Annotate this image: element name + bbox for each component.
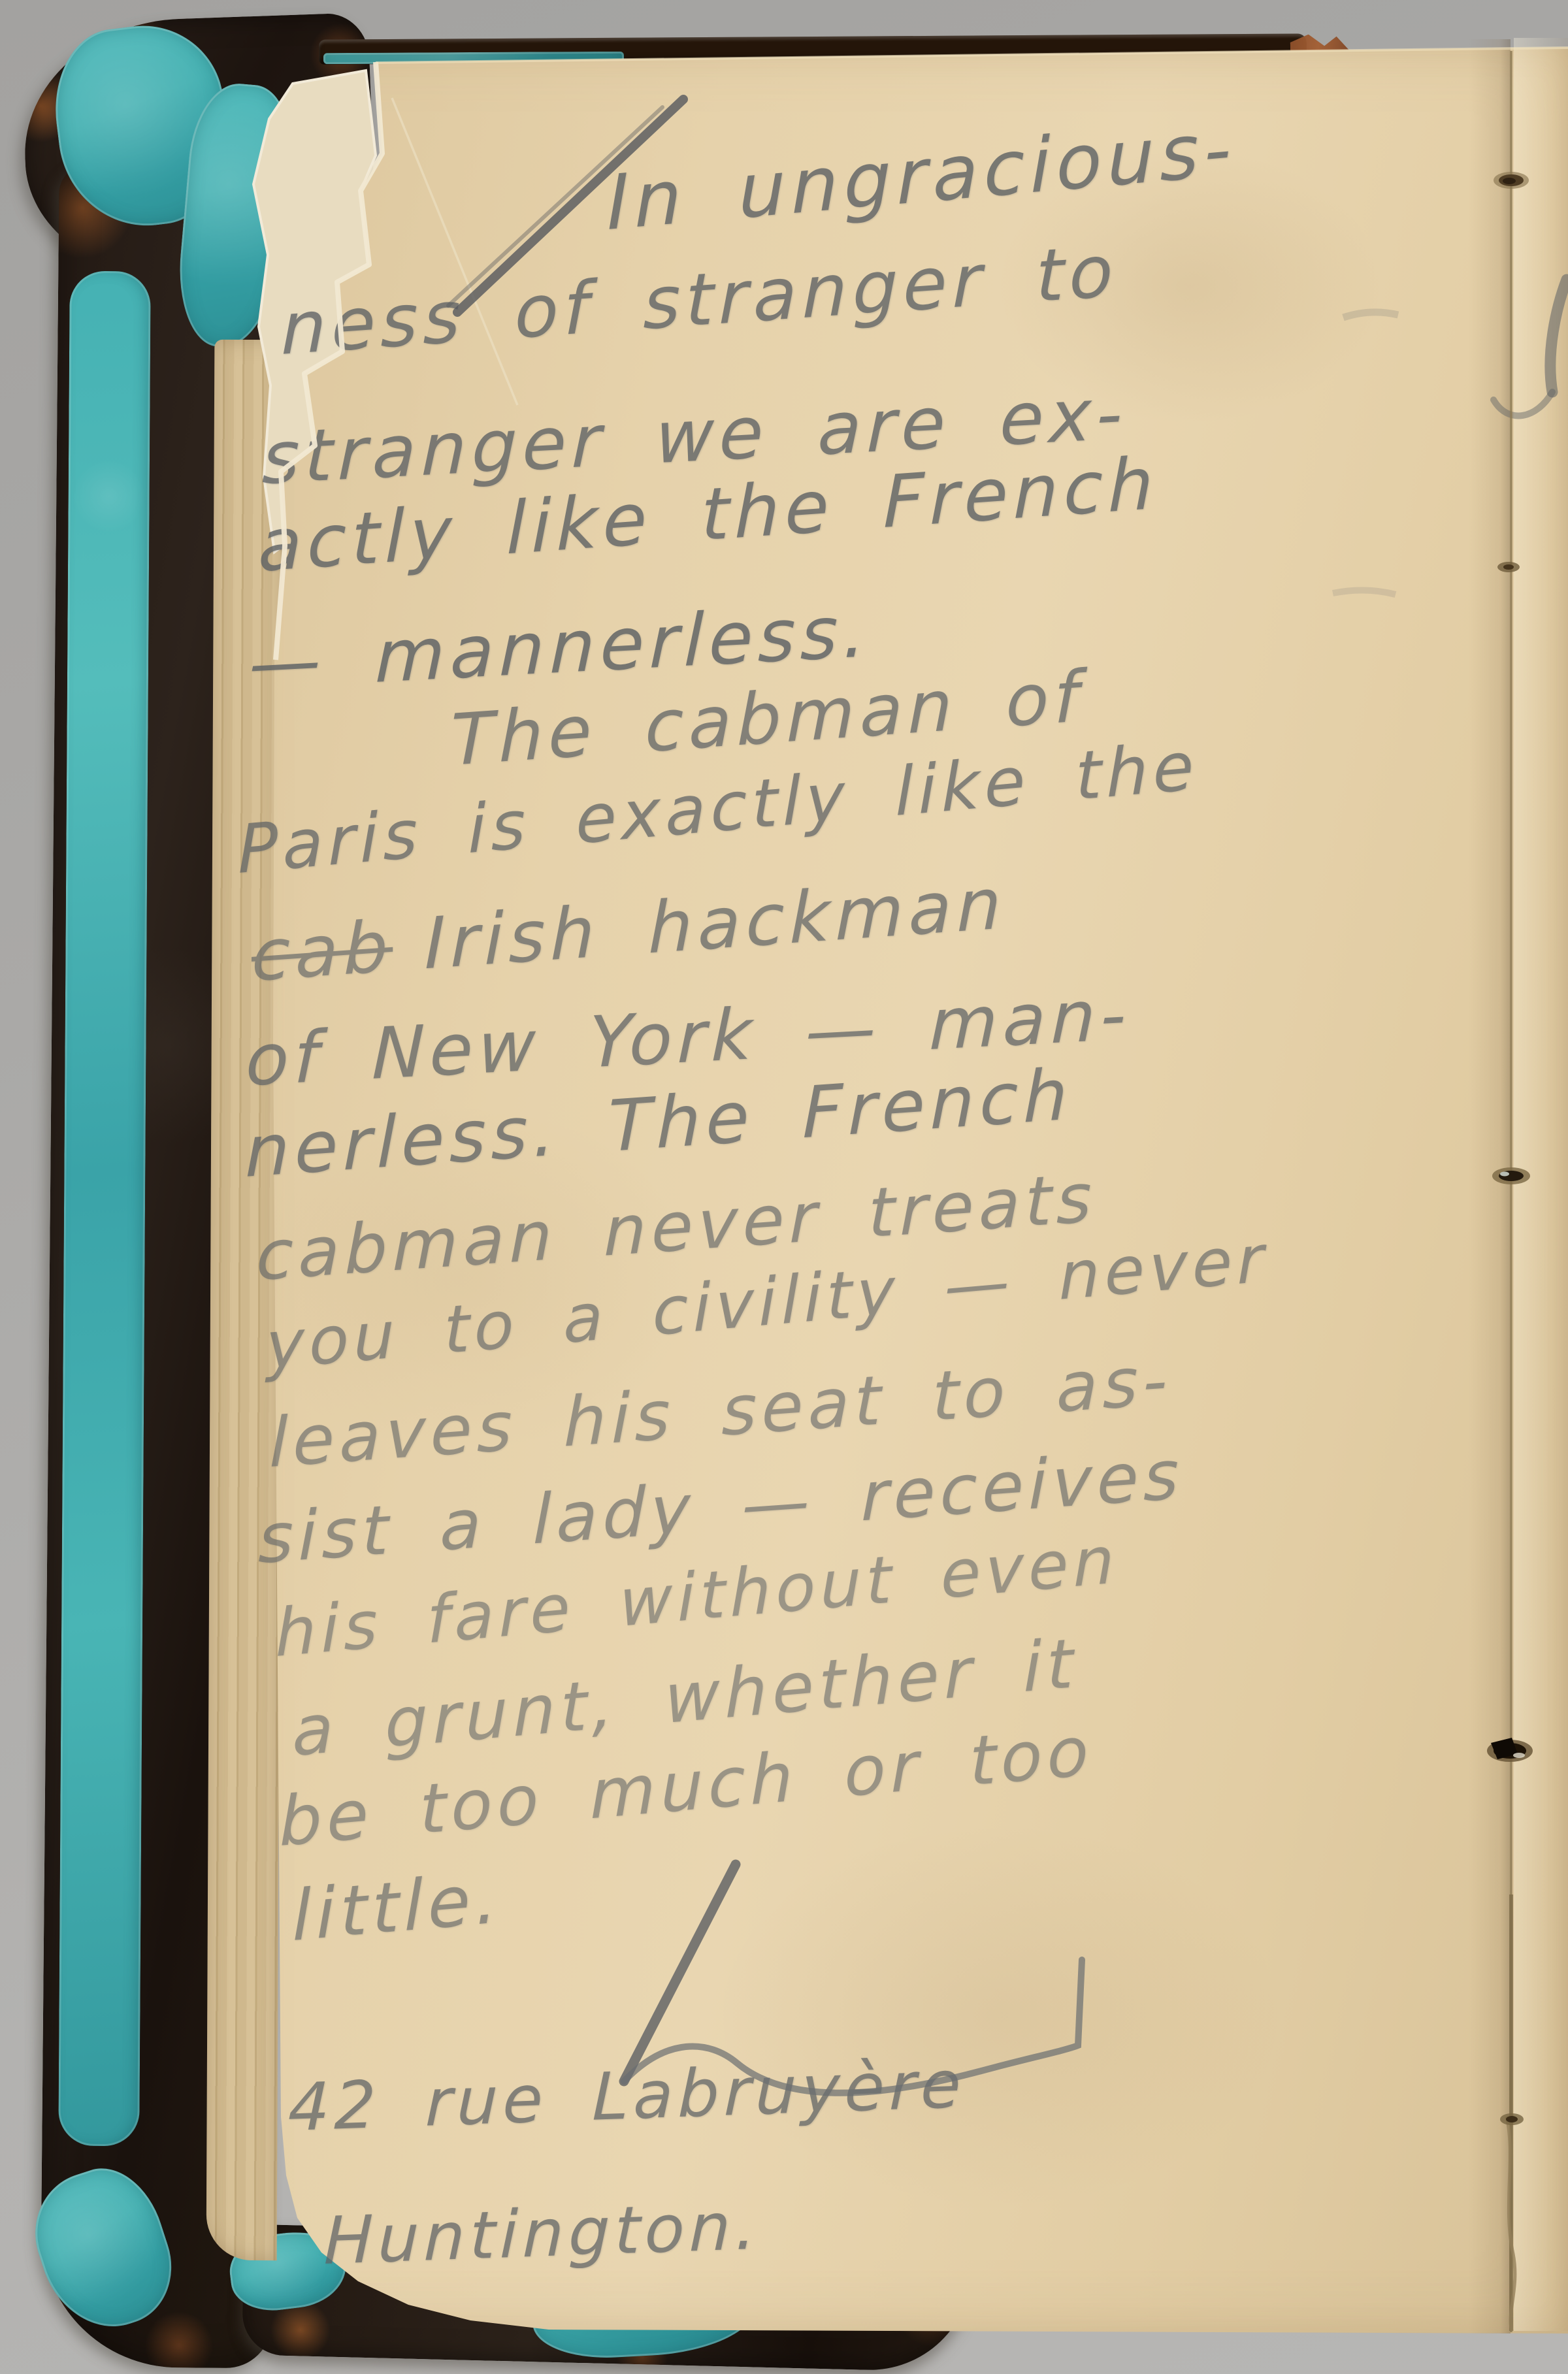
binding-thread bbox=[1507, 51, 1515, 2332]
detail-overlay bbox=[0, 0, 1568, 2374]
photograph-of-notebook-page: In ungracious- ness of stranger to stran… bbox=[0, 0, 1568, 2374]
stitch-hole bbox=[1487, 1738, 1533, 1762]
facing-page-pen-stroke bbox=[1494, 280, 1567, 415]
torn-edge-highlight bbox=[276, 62, 382, 660]
stitch-hole bbox=[1500, 2113, 1524, 2125]
pencil-use-mark-top bbox=[448, 99, 683, 312]
crease-line bbox=[392, 98, 517, 405]
stitch-hole bbox=[1497, 562, 1520, 572]
pencil-use-mark-bottom bbox=[624, 1864, 1082, 2093]
page-top-edge bbox=[376, 48, 1568, 63]
pencil-smudge bbox=[1333, 590, 1396, 594]
pencil-smudge bbox=[1343, 312, 1398, 317]
stitch-hole bbox=[1494, 172, 1529, 189]
stitch-hole bbox=[1492, 1167, 1530, 1184]
